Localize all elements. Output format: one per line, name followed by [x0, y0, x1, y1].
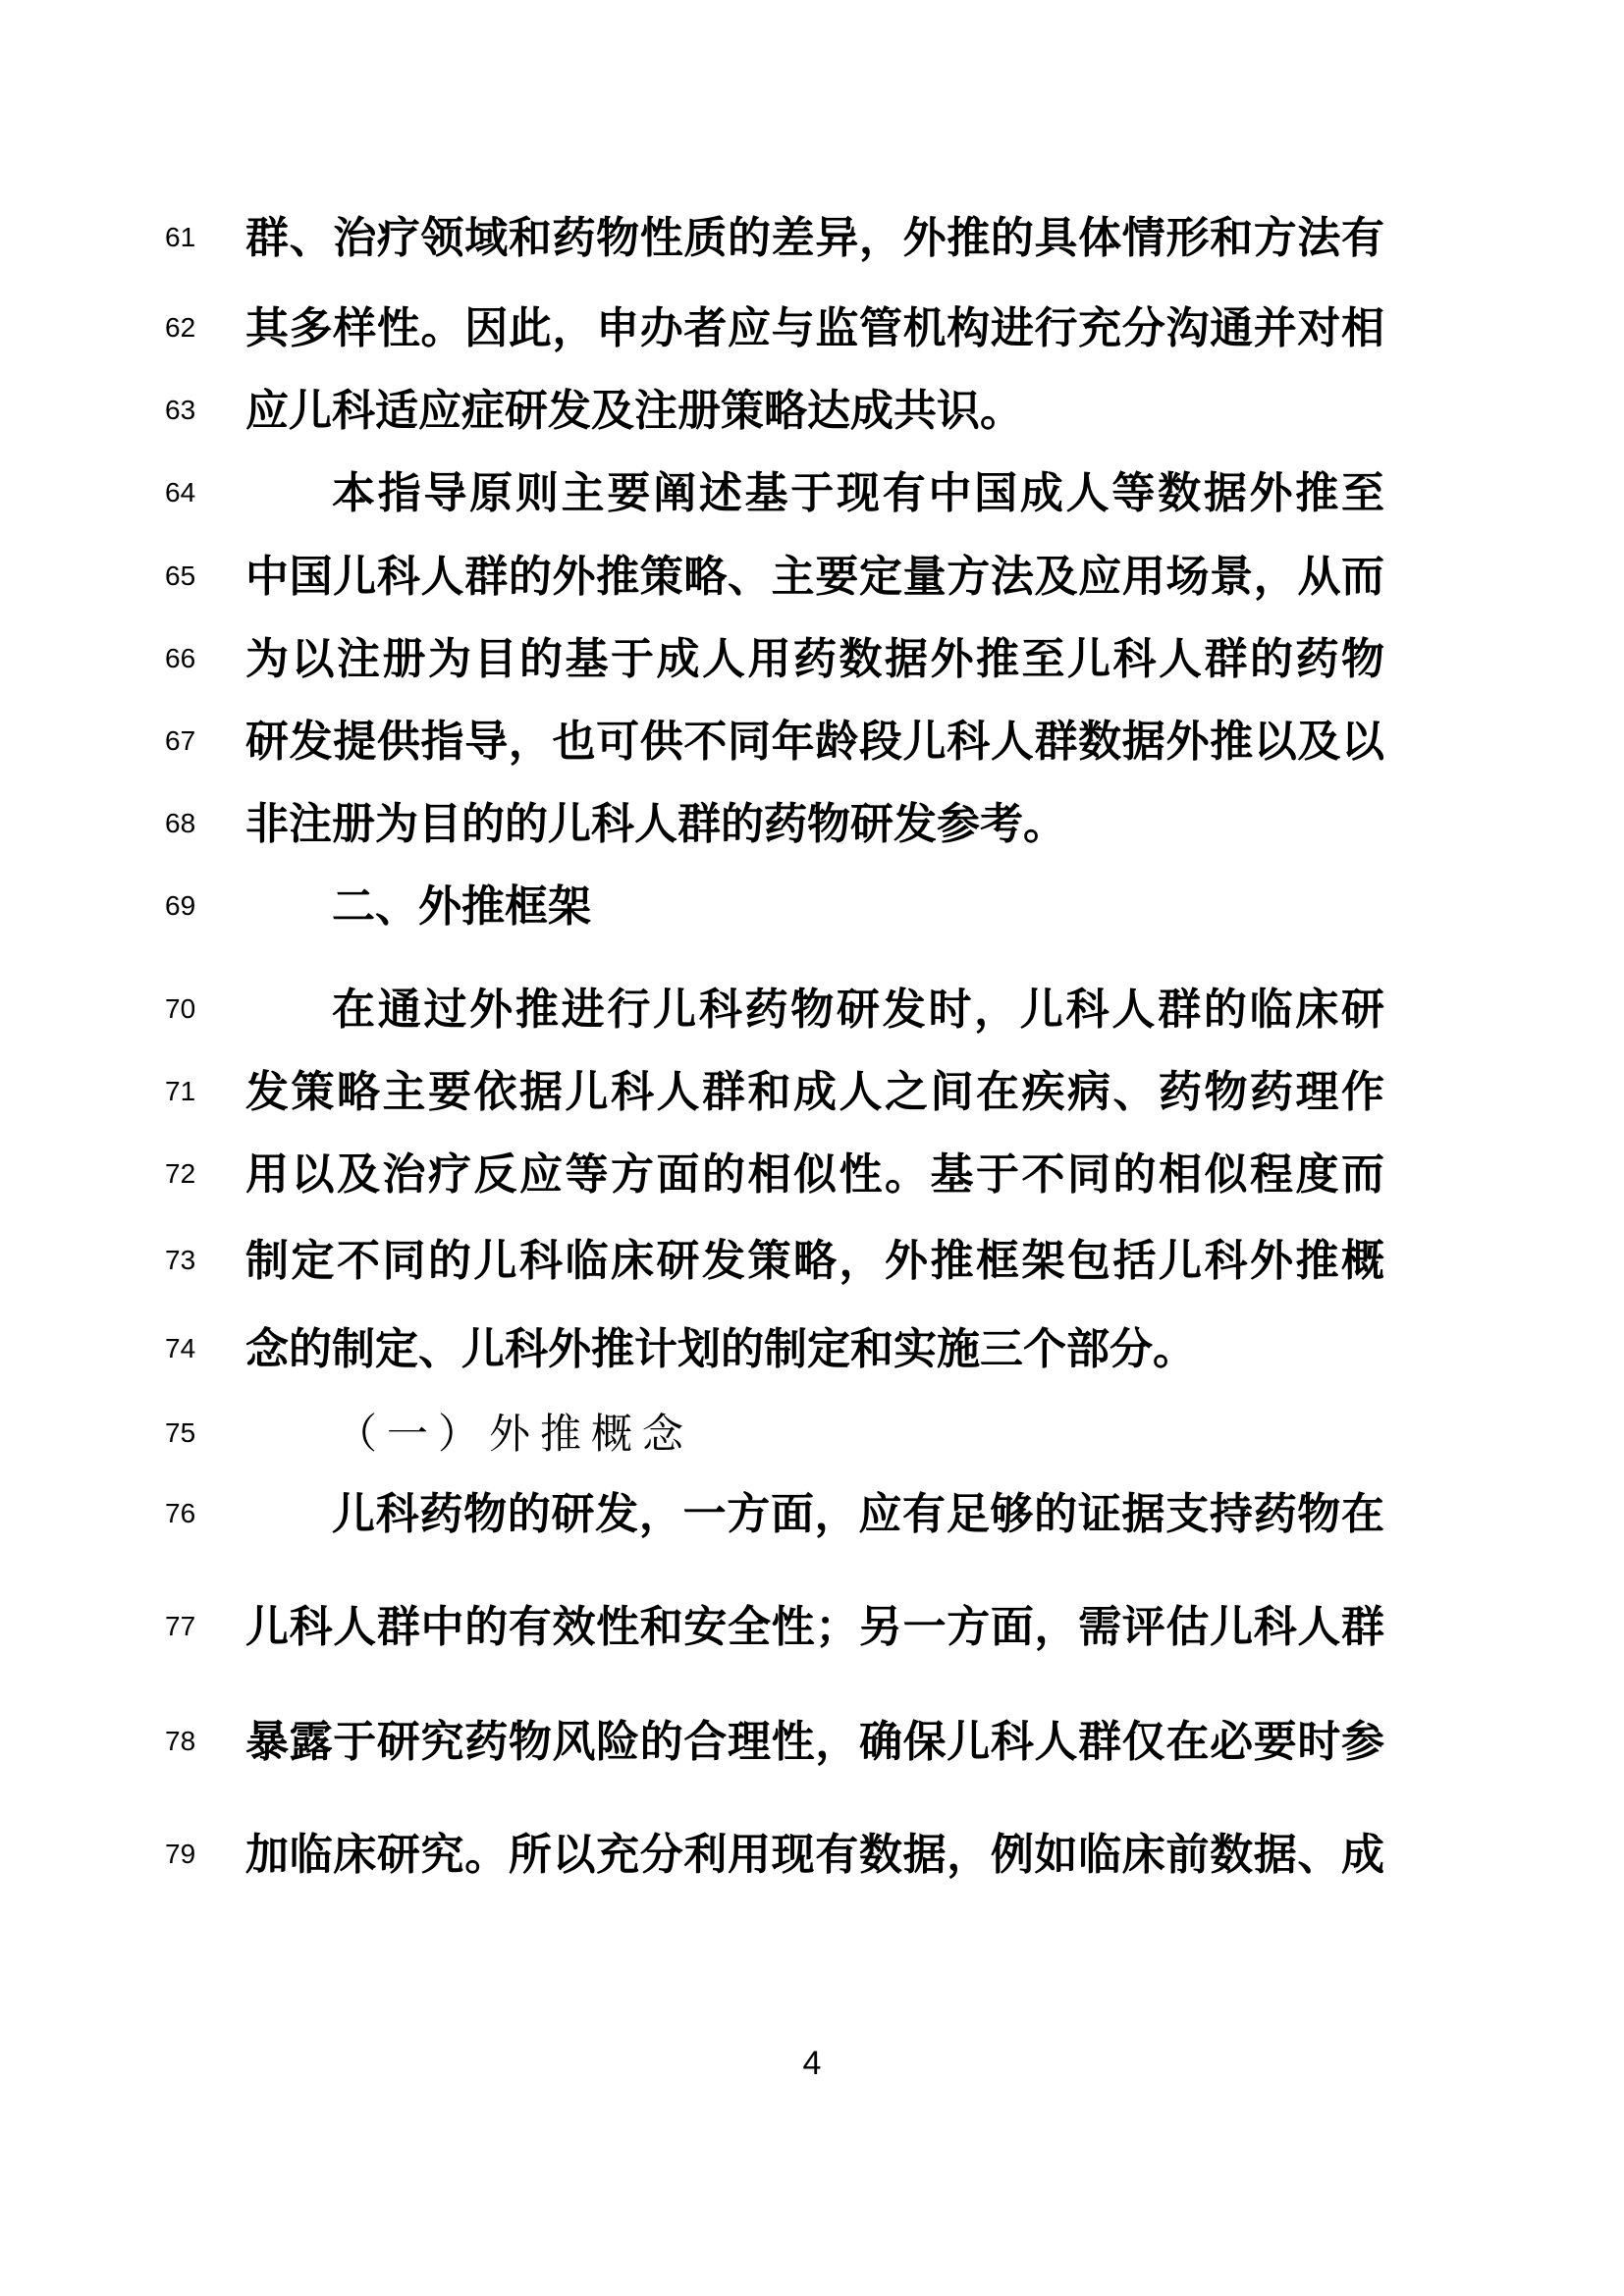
line-text: 非注册为目的的儿科人群的药物研发参考。: [245, 792, 1384, 857]
document-line: 70 在通过外推进行儿科药物研发时，儿科人群的临床研: [0, 978, 1624, 1042]
line-number: 67: [165, 725, 195, 757]
line-text: 加临床研究。所以充分利用现有数据，例如临床前数据、成: [245, 1823, 1384, 1888]
line-number: 79: [165, 1839, 195, 1870]
document-line: 74 念的制定、儿科外推计划的制定和实施三个部分。: [0, 1317, 1624, 1382]
line-number: 72: [165, 1158, 195, 1190]
line-text: 儿科人群中的有效性和安全性；另一方面，需评估儿科人群: [245, 1595, 1384, 1660]
line-number: 76: [165, 1498, 195, 1529]
line-number: 77: [165, 1611, 195, 1642]
line-number: 65: [165, 561, 195, 592]
line-number: 63: [165, 395, 195, 426]
document-line: 73 制定不同的儿科临床研发策略，外推框架包括儿科外推概: [0, 1229, 1624, 1294]
document-line: 66 为以注册为目的基于成人用药数据外推至儿科人群的药物: [0, 627, 1624, 692]
line-text: 中国儿科人群的外推策略、主要定量方法及应用场景，从而: [245, 545, 1384, 610]
page-number: 4: [0, 2045, 1624, 2083]
document-page: 61 群、治疗领域和药物性质的差异，外推的具体情形和方法有 62 其多样性。因此…: [0, 0, 1624, 2296]
document-line: 62 其多样性。因此，申办者应与监管机构进行充分沟通并对相: [0, 296, 1624, 361]
line-text: 其多样性。因此，申办者应与监管机构进行充分沟通并对相: [245, 296, 1384, 361]
document-line: 79 加临床研究。所以充分利用现有数据，例如临床前数据、成: [0, 1823, 1624, 1888]
line-text: 应儿科适应症研发及注册策略达成共识。: [245, 379, 1384, 444]
line-text: 暴露于研究药物风险的合理性，确保儿科人群仅在必要时参: [245, 1710, 1384, 1775]
line-number: 74: [165, 1333, 195, 1364]
line-text: 为以注册为目的基于成人用药数据外推至儿科人群的药物: [245, 627, 1384, 692]
line-text: 用以及治疗反应等方面的相似性。基于不同的相似程度而: [245, 1143, 1384, 1207]
line-number: 73: [165, 1245, 195, 1276]
line-text: 群、治疗领域和药物性质的差异，外推的具体情形和方法有: [245, 206, 1384, 271]
line-number: 71: [165, 1076, 195, 1107]
line-text: 本指导原则主要阐述基于现有中国成人等数据外推至: [245, 461, 1384, 526]
document-line: 65 中国儿科人群的外推策略、主要定量方法及应用场景，从而: [0, 545, 1624, 610]
document-line: 68 非注册为目的的儿科人群的药物研发参考。: [0, 792, 1624, 857]
line-number: 64: [165, 477, 195, 508]
line-number: 61: [165, 222, 195, 253]
line-text: 研发提供指导，也可供不同年龄段儿科人群数据外推以及以: [245, 710, 1384, 774]
line-number: 62: [165, 312, 195, 344]
line-number: 69: [165, 890, 195, 922]
line-number: 70: [165, 993, 195, 1025]
document-line: 71 发策略主要依据儿科人群和成人之间在疾病、药物药理作: [0, 1060, 1624, 1125]
document-line: 76 儿科药物的研发，一方面，应有足够的证据支持药物在: [0, 1482, 1624, 1547]
document-line: 72 用以及治疗反应等方面的相似性。基于不同的相似程度而: [0, 1143, 1624, 1207]
document-line: 75 （一）外推概念: [0, 1402, 1624, 1467]
document-line: 69 二、外推框架: [0, 875, 1624, 939]
document-line: 77 儿科人群中的有效性和安全性；另一方面，需评估儿科人群: [0, 1595, 1624, 1660]
line-text: 念的制定、儿科外推计划的制定和实施三个部分。: [245, 1317, 1384, 1382]
line-number: 75: [165, 1417, 195, 1449]
line-text: 发策略主要依据儿科人群和成人之间在疾病、药物药理作: [245, 1060, 1384, 1125]
line-text: 儿科药物的研发，一方面，应有足够的证据支持药物在: [245, 1482, 1384, 1547]
line-number: 68: [165, 808, 195, 839]
document-line: 61 群、治疗领域和药物性质的差异，外推的具体情形和方法有: [0, 206, 1624, 271]
line-number: 78: [165, 1726, 195, 1757]
line-text: 在通过外推进行儿科药物研发时，儿科人群的临床研: [245, 978, 1384, 1042]
document-line: 63 应儿科适应症研发及注册策略达成共识。: [0, 379, 1624, 444]
document-line: 64 本指导原则主要阐述基于现有中国成人等数据外推至: [0, 461, 1624, 526]
sub-heading: （一）外推概念: [245, 1402, 1475, 1467]
section-heading: 二、外推框架: [245, 875, 1471, 939]
line-number: 66: [165, 643, 195, 674]
document-line: 67 研发提供指导，也可供不同年龄段儿科人群数据外推以及以: [0, 710, 1624, 774]
document-line: 78 暴露于研究药物风险的合理性，确保儿科人群仅在必要时参: [0, 1710, 1624, 1775]
line-text: 制定不同的儿科临床研发策略，外推框架包括儿科外推概: [245, 1229, 1384, 1294]
